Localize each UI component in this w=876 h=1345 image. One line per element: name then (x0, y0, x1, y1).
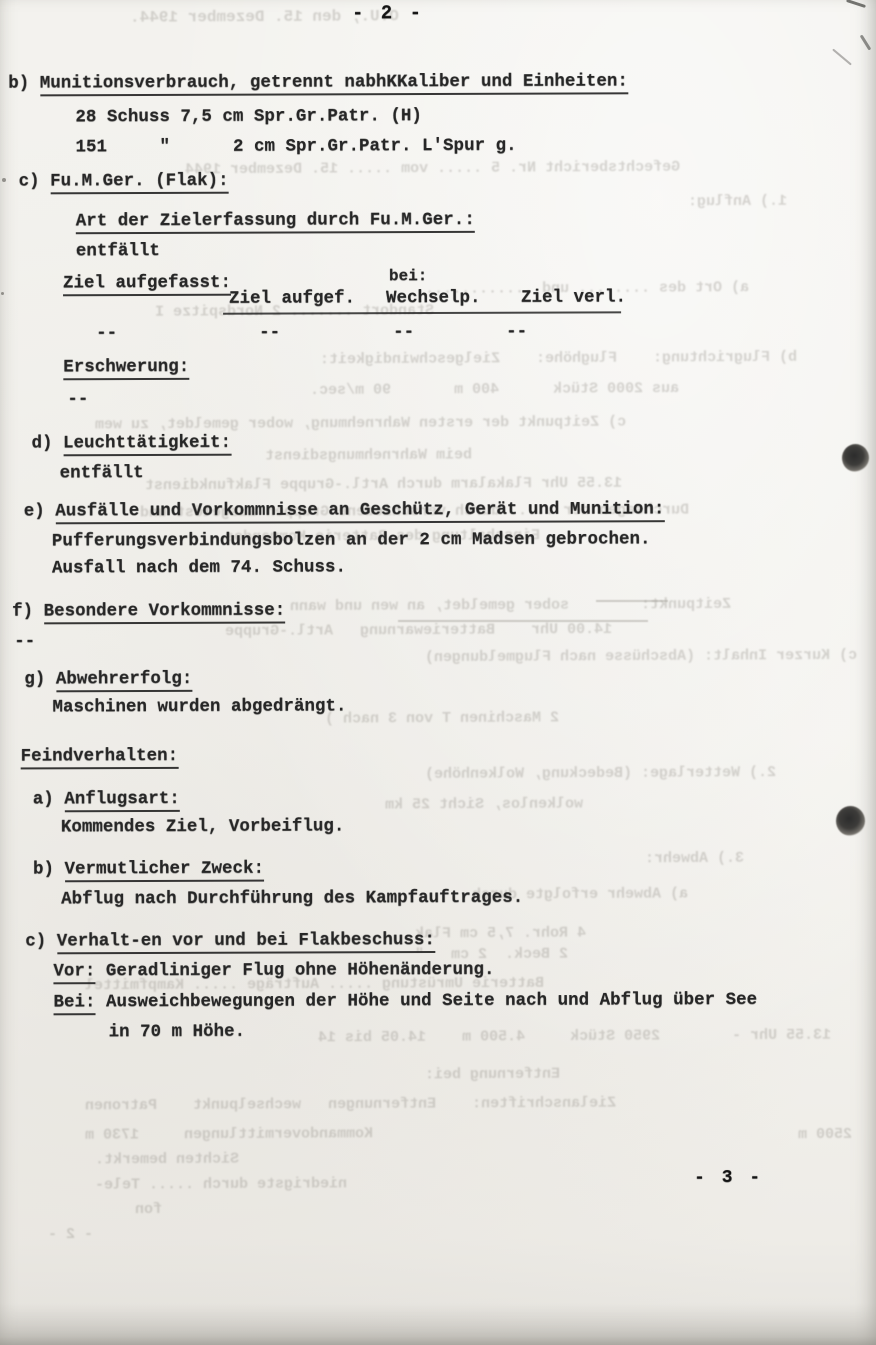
feind-c-label: c) (25, 931, 46, 951)
table-col-bei: bei: (389, 266, 427, 286)
section-f-label: f) (12, 601, 33, 621)
section-e-line-2: Ausfall nach dem 74. Schuss. (52, 557, 346, 580)
section-c-label: c) (19, 171, 40, 191)
section-f-dash: -- (14, 631, 35, 653)
section-d-label: d) (32, 433, 53, 453)
table-header-rule (223, 311, 621, 314)
feind-a-heading: Anflugsart: (64, 789, 180, 812)
ammo-line-2: 151 " 2 cm Spr.Gr.Patr. L'Spur g. (75, 136, 516, 159)
ammo-line-1: 28 Schuss 7,5 cm Spr.Gr.Patr. (H) (75, 106, 422, 129)
ziel-aufgefasst-label: Ziel aufgefasst: (63, 273, 231, 295)
feind-b-heading: Vermutlicher Zweck: (65, 859, 265, 883)
page-number-top: - 2 - (352, 2, 424, 26)
feind-c-heading: Verhalt-en vor und bei Flakbeschuss: (57, 930, 435, 954)
erschwerung-dash: -- (67, 389, 88, 411)
feind-c: c) Verhalt-en vor und bei Flakbeschuss: (25, 930, 435, 953)
text-layer: - 2 - b) Munitionsverbrauch, getrennt na… (0, 0, 876, 1345)
section-c: c) Fu.M.Ger. (Flak): (19, 171, 229, 194)
section-d-heading: Leuchttätigkeit: (63, 433, 231, 457)
section-e: e) Ausfälle und Vorkommnisse an Geschütz… (24, 499, 665, 523)
section-b: b) Munitionsverbrauch, getrennt nabhKKal… (8, 71, 628, 95)
art-der-zielerfassung-line: Art der Zielerfassung durch Fu.M.Ger.: (76, 210, 475, 233)
feindverhalten-heading: Feindverhalten: (21, 746, 179, 768)
entfaellt-line-1: entfällt (76, 241, 160, 263)
table-dash-4: -- (506, 322, 527, 344)
feind-a-line: Kommendes Ziel, Vorbeiflug. (61, 816, 345, 839)
section-g: g) Abwehrerfolg: (24, 669, 192, 691)
table-dash-3: -- (393, 322, 414, 344)
section-g-label: g) (24, 669, 45, 689)
page-number-next: - 3 - (694, 1167, 763, 1190)
feind-a: a) Anflugsart: (33, 789, 180, 811)
feind-b: b) Vermutlicher Zweck: (33, 859, 264, 882)
feind-b-line: Abflug nach Durchführung des Kampfauftra… (61, 888, 523, 911)
vor-label: Vor: (53, 961, 95, 984)
section-b-heading: Munitionsverbrauch, getrennt nabhKKalibe… (40, 71, 628, 96)
scan-speck (2, 178, 6, 182)
section-e-line-1: Pufferungsverbindungsbolzen an der 2 cm … (52, 529, 651, 553)
ink-blot (836, 806, 865, 836)
erschwerung-heading: Erschwerung: (63, 357, 189, 379)
table-dash-1: -- (96, 323, 117, 345)
bei-line-2: in 70 m Höhe. (109, 1022, 246, 1044)
section-f-heading: Besondere Vorkommnisse: (44, 601, 286, 625)
bei-line: Bei: Ausweichbewegungen der Höhe und Sei… (53, 990, 757, 1014)
feind-a-label: a) (33, 789, 54, 809)
entfaellt-line-2: entfällt (60, 463, 144, 485)
vor-line: Vor: Geradliniger Flug ohne Höhenänderun… (53, 960, 494, 983)
scan-edge-shadow (0, 1303, 876, 1345)
section-f: f) Besondere Vorkommnisse: (12, 601, 285, 624)
table-col-1: Ziel aufgef. (229, 288, 355, 310)
bei-label: Bei: (53, 992, 95, 1015)
table-col-3: Ziel verl. (521, 287, 626, 309)
section-g-line: Maschinen wurden abgedrängt. (52, 696, 346, 719)
document-page: O.U., den 15. Dezember 1944.Gefechtsberi… (0, 0, 876, 1345)
section-e-heading: Ausfälle und Vorkommnisse an Geschütz, G… (55, 499, 664, 524)
table-dash-2: -- (259, 323, 280, 345)
section-c-heading: Fu.M.Ger. (Flak): (50, 171, 229, 195)
feind-b-label: b) (33, 859, 54, 879)
section-d: d) Leuchttätigkeit: (32, 433, 232, 456)
section-e-label: e) (24, 501, 45, 521)
ink-blot (842, 444, 869, 472)
scan-speck (1, 292, 4, 295)
table-col-2: Wechselp. (386, 288, 481, 310)
section-g-heading: Abwehrerfolg: (56, 669, 193, 692)
section-b-label: b) (8, 73, 29, 93)
